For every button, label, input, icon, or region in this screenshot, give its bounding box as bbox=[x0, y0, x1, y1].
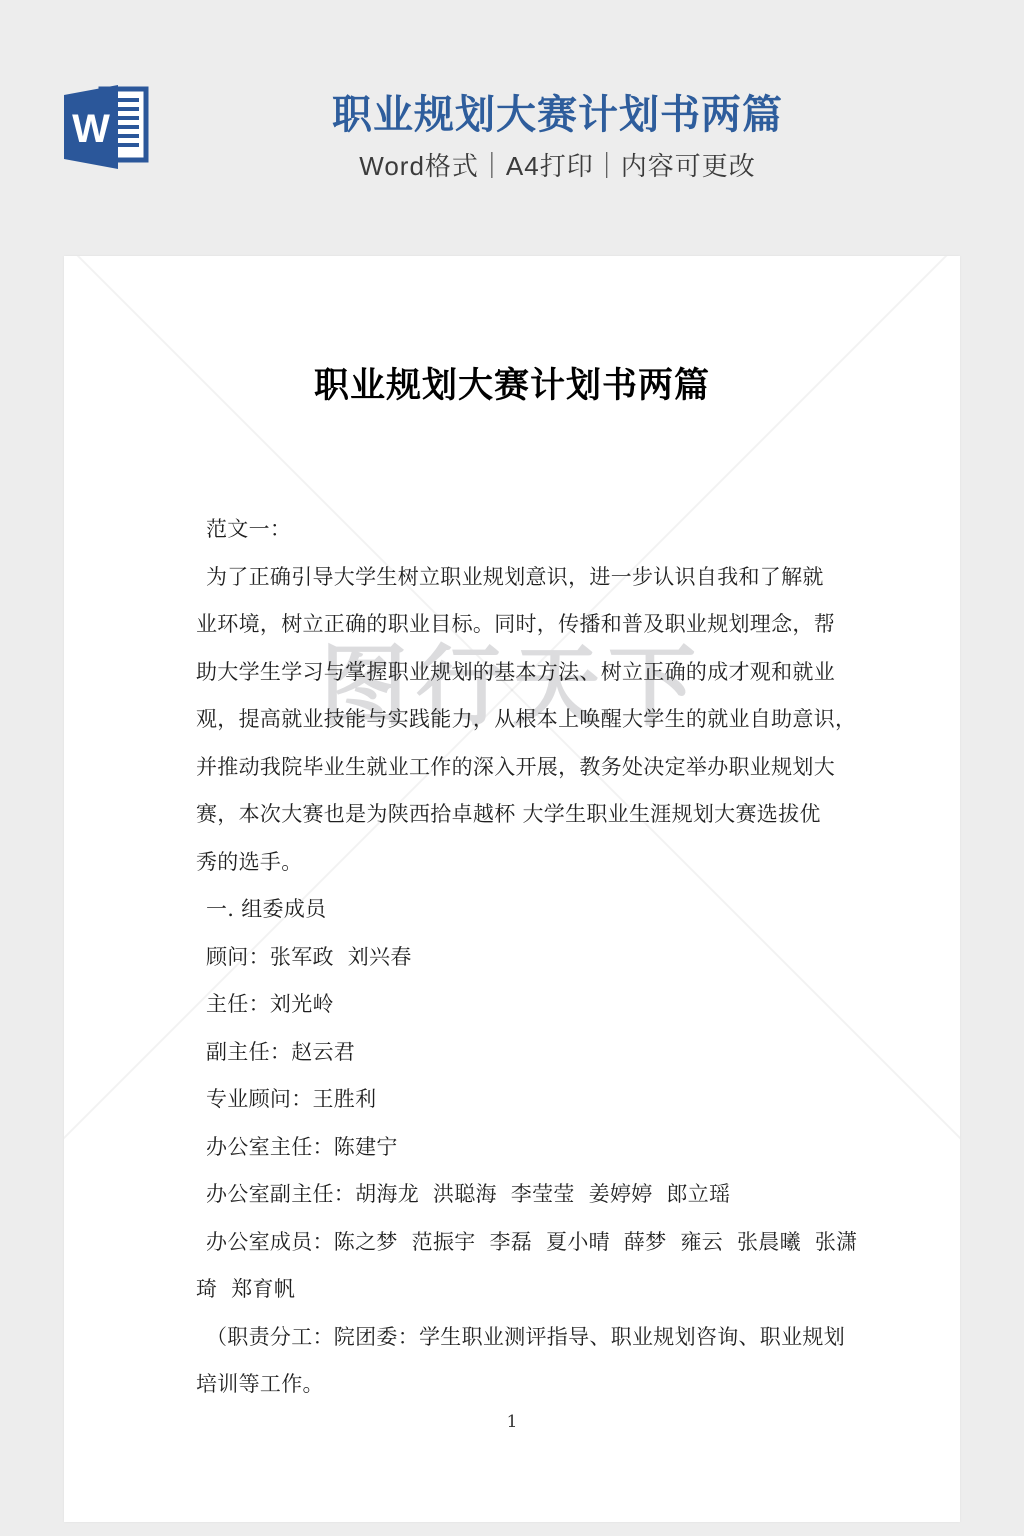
document-page: 图行天下 职业规划大赛计划书两篇 范文一：为了正确引导大学生树立职业规划意识，进… bbox=[64, 256, 960, 1522]
document-text-line: 赛，本次大赛也是为陕西拾卓越杯 大学生职业生涯规划大赛选拔优 bbox=[196, 791, 830, 839]
document-text-line: 业环境，树立正确的职业目标。同时，传播和普及职业规划理念，帮 bbox=[196, 601, 830, 649]
header-subtitle: Word格式｜A4打印｜内容可更改 bbox=[155, 151, 960, 181]
document-text-line: 主任：刘光岭 bbox=[196, 981, 830, 1029]
document-text-line: 观，提高就业技能与实践能力，从根本上唤醒大学生的就业自助意识， bbox=[196, 696, 830, 744]
document-text-line: 办公室成员：陈之梦 范振宇 李磊 夏小晴 薛梦 雍云 张晨曦 张潇 bbox=[196, 1219, 830, 1267]
document-text-line: （职责分工：院团委：学生职业测评指导、职业规划咨询、职业规划 bbox=[196, 1314, 830, 1362]
header-text-block: 职业规划大赛计划书两篇 Word格式｜A4打印｜内容可更改 bbox=[155, 92, 960, 181]
document-text-line: 范文一： bbox=[196, 506, 830, 554]
header: W 职业规划大赛计划书两篇 Word格式｜A4打印｜内容可更改 bbox=[0, 0, 1024, 256]
document-text-line: 副主任：赵云君 bbox=[196, 1029, 830, 1077]
document-text-line: 秀的选手。 bbox=[196, 839, 830, 887]
document-title: 职业规划大赛计划书两篇 bbox=[64, 366, 960, 406]
document-text-line: 办公室主任：陈建宁 bbox=[196, 1124, 830, 1172]
word-icon: W bbox=[64, 85, 152, 169]
document-text-line: 一. 组委成员 bbox=[196, 886, 830, 934]
document-body: 范文一：为了正确引导大学生树立职业规划意识，进一步认识自我和了解就业环境，树立正… bbox=[196, 506, 830, 1409]
word-icon-letter: W bbox=[72, 107, 110, 151]
document-text-line: 办公室副主任：胡海龙 洪聪海 李莹莹 姜婷婷 郎立瑶 bbox=[196, 1171, 830, 1219]
document-text-line: 专业顾问：王胜利 bbox=[196, 1076, 830, 1124]
document-text-line: 培训等工作。 bbox=[196, 1361, 830, 1409]
document-text-line: 顾问：张军政 刘兴春 bbox=[196, 934, 830, 982]
document-text-line: 琦 郑育帆 bbox=[196, 1266, 830, 1314]
page-number: 1 bbox=[64, 1412, 960, 1432]
document-text-line: 为了正确引导大学生树立职业规划意识，进一步认识自我和了解就 bbox=[196, 554, 830, 602]
document-text-line: 并推动我院毕业生就业工作的深入开展，教务处决定举办职业规划大 bbox=[196, 744, 830, 792]
document-text-line: 助大学生学习与掌握职业规划的基本方法、树立正确的成才观和就业 bbox=[196, 649, 830, 697]
page-root: W 职业规划大赛计划书两篇 Word格式｜A4打印｜内容可更改 图行天下 职业规… bbox=[0, 0, 1024, 1536]
header-title: 职业规划大赛计划书两篇 bbox=[155, 92, 960, 138]
